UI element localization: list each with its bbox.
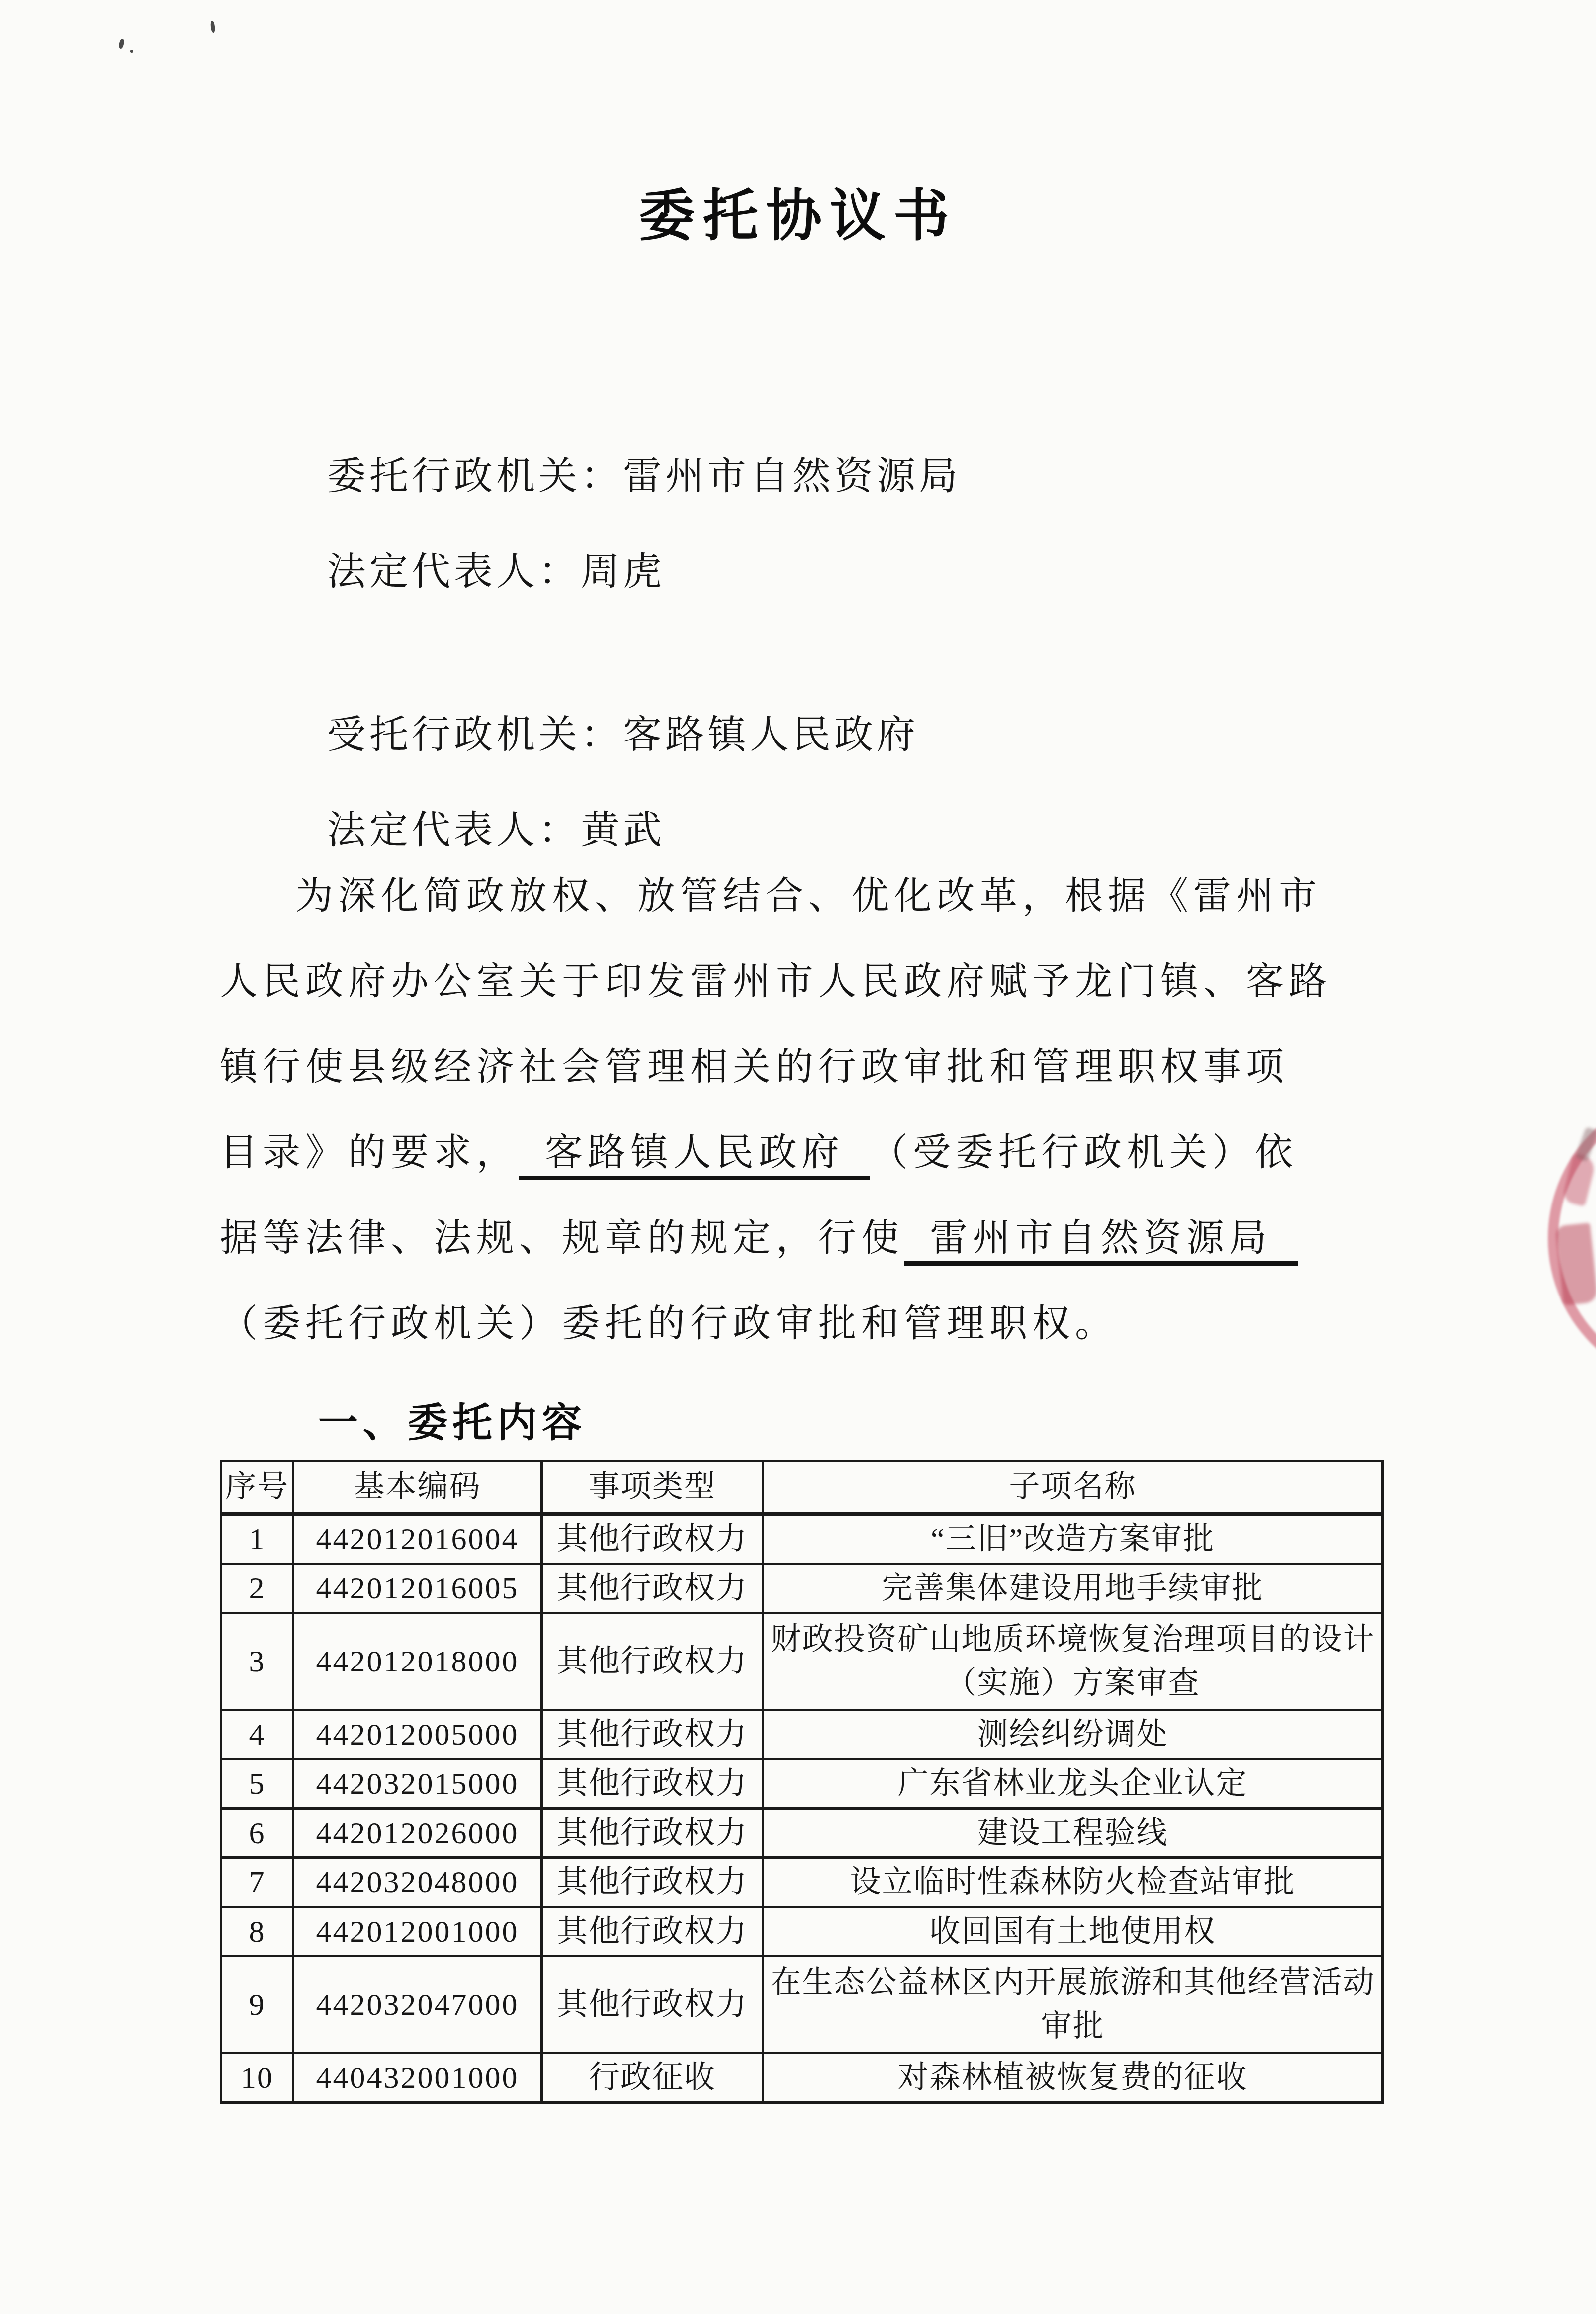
entrusted-rep-line: 法定代表人：黄武 bbox=[327, 799, 665, 855]
table-row: 3442012018000其他行政权力财政投资矿山地质环境恢复治理项目的设计（实… bbox=[221, 1613, 1383, 1710]
item-type-cell: 其他行政权力 bbox=[542, 1613, 763, 1710]
item-type-cell: 其他行政权力 bbox=[542, 1956, 763, 2053]
underlined-fill-in-text: 雷州市自然资源局 bbox=[904, 1217, 1298, 1266]
entrusted-organ-value: 客路镇人民政府 bbox=[623, 713, 919, 756]
column-header-no: 序号 bbox=[221, 1461, 293, 1514]
column-header-type: 事项类型 bbox=[542, 1461, 763, 1514]
table-row: 2442012016005其他行政权力完善集体建设用地手续审批 bbox=[221, 1564, 1383, 1613]
paragraph-line: 人民政府办公室关于印发雷州市人民政府赋予龙门镇、客路 bbox=[220, 939, 1423, 1024]
item-code-cell: 442012016004 bbox=[293, 1514, 542, 1564]
table-row: 1442012016004其他行政权力“三旧”改造方案审批 bbox=[221, 1514, 1383, 1564]
item-code-cell: 442032047000 bbox=[293, 1956, 542, 2053]
table-row: 10440432001000行政征收对森林植被恢复费的征收 bbox=[221, 2053, 1383, 2103]
row-number-cell: 8 bbox=[221, 1907, 293, 1956]
paragraph-text: 镇行使县级经济社会管理相关的行政审批和管理职权事项 bbox=[220, 1046, 1289, 1088]
item-code-cell: 442012018000 bbox=[293, 1613, 542, 1710]
paragraph-text: 目录》的要求， bbox=[220, 1132, 519, 1174]
paragraph-text: 人民政府办公室关于印发雷州市人民政府赋予龙门镇、客路 bbox=[220, 961, 1331, 1003]
item-type-cell: 其他行政权力 bbox=[542, 1564, 763, 1613]
paragraph-text: 为深化简政放权、放管结合、优化改革，根据《雷州市 bbox=[295, 875, 1322, 917]
column-header-name: 子项名称 bbox=[763, 1461, 1383, 1514]
item-code-cell: 442012005000 bbox=[293, 1710, 542, 1759]
item-code-cell: 442012026000 bbox=[293, 1809, 542, 1858]
table-row: 6442012026000其他行政权力建设工程验线 bbox=[221, 1809, 1383, 1858]
table-row: 9442032047000其他行政权力在生态公益林区内开展旅游和其他经营活动审批 bbox=[221, 1956, 1383, 2053]
sub-item-name-cell: 收回国有土地使用权 bbox=[763, 1907, 1383, 1956]
row-number-cell: 10 bbox=[221, 2053, 293, 2103]
row-number-cell: 3 bbox=[221, 1613, 293, 1710]
item-type-cell: 其他行政权力 bbox=[542, 1759, 763, 1809]
table-header-row: 序号 基本编码 事项类型 子项名称 bbox=[221, 1461, 1383, 1514]
row-number-cell: 4 bbox=[221, 1710, 293, 1759]
item-type-cell: 行政征收 bbox=[542, 2053, 763, 2103]
column-header-code: 基本编码 bbox=[293, 1461, 542, 1514]
sub-item-name-cell: 财政投资矿山地质环境恢复治理项目的设计（实施）方案审查 bbox=[763, 1613, 1383, 1710]
item-type-cell: 其他行政权力 bbox=[542, 1809, 763, 1858]
entrusting-organ-line: 委托行政机关：雷州市自然资源局 bbox=[327, 445, 961, 501]
entrusting-rep-line: 法定代表人：周虎 bbox=[327, 541, 665, 596]
entrusting-rep-value: 周虎 bbox=[581, 550, 665, 593]
underlined-fill-in-text: 客路镇人民政府 bbox=[519, 1132, 870, 1180]
sub-item-name-cell: “三旧”改造方案审批 bbox=[763, 1514, 1383, 1564]
entrusted-organ-label: 受托行政机关： bbox=[327, 713, 623, 756]
entrusted-rep-label: 法定代表人： bbox=[327, 809, 581, 852]
sub-item-name-cell: 设立临时性森林防火检查站审批 bbox=[763, 1858, 1383, 1907]
entrusted-organ-line: 受托行政机关：客路镇人民政府 bbox=[327, 704, 919, 759]
entrusting-rep-label: 法定代表人： bbox=[327, 550, 581, 593]
item-code-cell: 442012016005 bbox=[293, 1564, 542, 1613]
row-number-cell: 7 bbox=[221, 1858, 293, 1907]
row-number-cell: 1 bbox=[221, 1514, 293, 1564]
sub-item-name-cell: 在生态公益林区内开展旅游和其他经营活动审批 bbox=[763, 1956, 1383, 2053]
table-row: 7442032048000其他行政权力设立临时性森林防火检查站审批 bbox=[221, 1858, 1383, 1907]
item-code-cell: 440432001000 bbox=[293, 2053, 542, 2103]
entrusted-rep-value: 黄武 bbox=[581, 809, 665, 852]
sub-item-name-cell: 广东省林业龙头企业认定 bbox=[763, 1759, 1383, 1809]
sub-item-name-cell: 测绘纠纷调处 bbox=[763, 1710, 1383, 1759]
paragraph-line: （委托行政机关）委托的行政审批和管理职权。 bbox=[220, 1281, 1423, 1367]
item-type-cell: 其他行政权力 bbox=[542, 1858, 763, 1907]
paragraph-line: 据等法律、法规、规章的规定，行使雷州市自然资源局 bbox=[220, 1196, 1423, 1281]
row-number-cell: 2 bbox=[221, 1564, 293, 1613]
row-number-cell: 6 bbox=[221, 1809, 293, 1858]
item-code-cell: 442032048000 bbox=[293, 1858, 542, 1907]
paragraph-text: 据等法律、法规、规章的规定，行使 bbox=[220, 1217, 904, 1259]
item-code-cell: 442012001000 bbox=[293, 1907, 542, 1956]
scan-artifact bbox=[118, 38, 125, 49]
row-number-cell: 9 bbox=[221, 1956, 293, 2053]
item-type-cell: 其他行政权力 bbox=[542, 1907, 763, 1956]
paragraph-text: （受委托行政机关）依 bbox=[870, 1132, 1298, 1174]
table-row: 4442012005000其他行政权力测绘纠纷调处 bbox=[221, 1710, 1383, 1759]
scan-artifact bbox=[210, 21, 215, 33]
item-type-cell: 其他行政权力 bbox=[542, 1514, 763, 1564]
item-code-cell: 442032015000 bbox=[293, 1759, 542, 1809]
paragraph-line: 为深化简政放权、放管结合、优化改革，根据《雷州市 bbox=[220, 853, 1423, 939]
paragraph-text: （委托行政机关）委托的行政审批和管理职权。 bbox=[220, 1303, 1118, 1345]
paragraph-line: 镇行使县级经济社会管理相关的行政审批和管理职权事项 bbox=[220, 1024, 1423, 1110]
table-row: 5442032015000其他行政权力广东省林业龙头企业认定 bbox=[221, 1759, 1383, 1809]
scanned-document-page: 委托协议书 委托行政机关：雷州市自然资源局 法定代表人：周虎 受托行政机关：客路… bbox=[0, 0, 1596, 2314]
entrusting-organ-label: 委托行政机关： bbox=[327, 455, 623, 498]
agreement-body-paragraph: 为深化简政放权、放管结合、优化改革，根据《雷州市人民政府办公室关于印发雷州市人民… bbox=[220, 853, 1423, 1367]
paragraph-line: 目录》的要求，客路镇人民政府（受委托行政机关）依 bbox=[220, 1110, 1423, 1196]
document-title: 委托协议书 bbox=[0, 172, 1596, 252]
row-number-cell: 5 bbox=[221, 1759, 293, 1809]
table-row: 8442012001000其他行政权力收回国有土地使用权 bbox=[221, 1907, 1383, 1956]
section-heading: 一、委托内容 bbox=[318, 1390, 587, 1448]
sub-item-name-cell: 完善集体建设用地手续审批 bbox=[763, 1564, 1383, 1613]
item-type-cell: 其他行政权力 bbox=[542, 1710, 763, 1759]
delegated-items-table: 序号 基本编码 事项类型 子项名称 1442012016004其他行政权力“三旧… bbox=[220, 1460, 1384, 2104]
entrusting-organ-value: 雷州市自然资源局 bbox=[623, 455, 961, 498]
sub-item-name-cell: 建设工程验线 bbox=[763, 1809, 1383, 1858]
scan-artifact bbox=[130, 50, 133, 53]
sub-item-name-cell: 对森林植被恢复费的征收 bbox=[763, 2053, 1383, 2103]
